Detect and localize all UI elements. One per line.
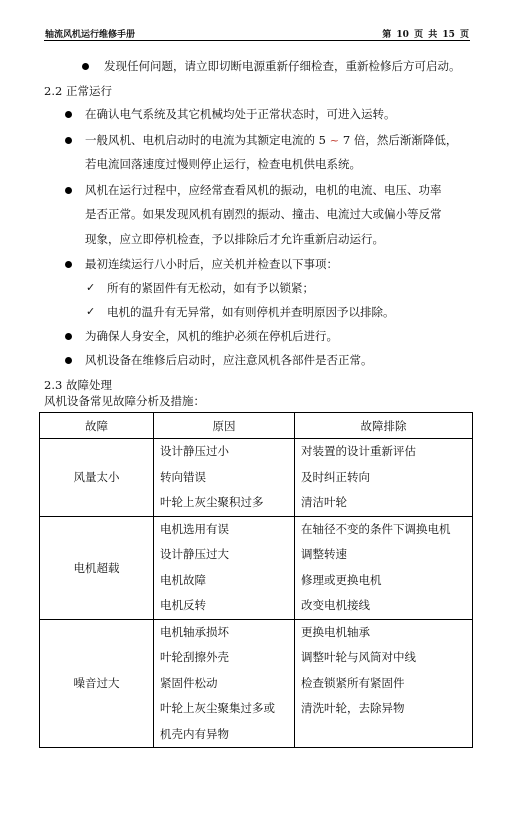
column-header-fault: 故障	[40, 413, 154, 439]
cause-item: 电机反转	[160, 593, 294, 619]
fix-item: 调整叶轮与风筒对中线	[301, 645, 472, 671]
bullet-text-part: 7 倍，然后渐渐降低，	[339, 133, 457, 147]
fix-item: 修理或更换电机	[301, 568, 472, 594]
tilde-mark: ~	[330, 133, 340, 147]
cause-item: 设计静压过大	[160, 542, 294, 568]
bullet-icon	[65, 357, 72, 364]
cause-item: 转向错误	[160, 465, 294, 491]
fault-cell: 风量太小	[40, 439, 154, 517]
fix-item: 及时纠正转向	[301, 465, 472, 491]
fix-item: 对装置的设计重新评估	[301, 439, 472, 465]
cause-cell: 设计静压过小 转向错误 叶轮上灰尘聚积过多	[154, 439, 295, 517]
table-row: 噪音过大 电机轴承损坏 叶轮刮擦外壳 紧固件松动 叶轮上灰尘聚集过多或 机壳内有…	[40, 619, 473, 748]
cause-item: 叶轮上灰尘聚集过多或	[160, 696, 294, 722]
bullet-icon	[82, 63, 89, 70]
bullet-text: 在确认电气系统及其它机械均处于正常状态时，可进入运转。	[85, 107, 396, 121]
cause-item: 电机选用有误	[160, 517, 294, 543]
cause-item: 机壳内有异物	[160, 722, 294, 748]
bullet-icon	[65, 333, 72, 340]
cause-cell: 电机选用有误 设计静压过大 电机故障 电机反转	[154, 516, 295, 619]
table-row: 电机超载 电机选用有误 设计静压过大 电机故障 电机反转 在轴径不变的条件下调换…	[40, 516, 473, 619]
fix-item: 清洗叶轮，去除异物	[301, 696, 472, 722]
table-row: 风量太小 设计静压过小 转向错误 叶轮上灰尘聚积过多 对装置的设计重新评估 及时…	[40, 439, 473, 517]
bullet-text-continued: 现象，应立即停机检查，予以排除后才允许重新启动运行。	[85, 232, 384, 246]
checkmark-icon: ✓	[86, 305, 95, 319]
fix-cell: 在轴径不变的条件下调换电机 调整转速 修理或更换电机 改变电机接线	[295, 516, 473, 619]
table-header-row: 故障 原因 故障排除	[40, 413, 473, 439]
fix-item: 调整转速	[301, 542, 472, 568]
cause-item: 叶轮上灰尘聚积过多	[160, 490, 294, 516]
fix-cell: 更换电机轴承 调整叶轮与风筒对中线 检查锁紧所有紧固件 清洗叶轮，去除异物	[295, 619, 473, 748]
cause-item: 设计静压过小	[160, 439, 294, 465]
bullet-text-continued: 是否正常。如果发现风机有剧烈的振动、撞击、电流过大或偏小等反常	[85, 207, 442, 221]
cause-item: 电机故障	[160, 568, 294, 594]
bullet-text: 最初连续运行八小时后，应关机并检查以下事项：	[85, 257, 338, 271]
bullet-text-continued: 若电流回落速度过慢则停止运行，检查电机供电系统。	[85, 157, 361, 171]
intro-bullet-text: 发现任何问题，请立即切断电源重新仔细检查，重新检修后方可启动。	[104, 59, 461, 73]
column-header-fix: 故障排除	[295, 413, 473, 439]
fix-item: 更换电机轴承	[301, 620, 472, 646]
fix-item	[301, 722, 472, 748]
bullet-text: 风机设备在维修后启动时，应注意风机各部件是否正常。	[85, 353, 373, 367]
table-caption: 风机设备常见故障分析及措施：	[44, 394, 205, 408]
fix-item: 检查锁紧所有紧固件	[301, 671, 472, 697]
fault-table: 故障 原因 故障排除 风量太小 设计静压过小 转向错误 叶轮上灰尘聚积过多 对装…	[39, 412, 473, 748]
page-header: 轴流风机运行维修手册 第 10 页 共 15 页	[44, 26, 470, 41]
fix-item: 改变电机接线	[301, 593, 472, 619]
cause-cell: 电机轴承损坏 叶轮刮擦外壳 紧固件松动 叶轮上灰尘聚集过多或 机壳内有异物	[154, 619, 295, 748]
bullet-icon	[65, 111, 72, 118]
checkmark-icon: ✓	[86, 281, 95, 295]
cause-item: 叶轮刮擦外壳	[160, 645, 294, 671]
page-number: 第 10 页 共 15 页	[382, 27, 469, 40]
bullet-text-part: 一般风机、电机启动时的电流为其额定电流的 5	[85, 133, 330, 147]
fix-item: 清洁叶轮	[301, 490, 472, 516]
bullet-icon	[65, 261, 72, 268]
column-header-cause: 原因	[154, 413, 295, 439]
bullet-text: 为确保人身安全，风机的维护必须在停机后进行。	[85, 329, 338, 343]
bullet-text: 风机在运行过程中，应经常查看风机的振动，电机的电流、电压、功率	[85, 183, 442, 197]
fix-item: 在轴径不变的条件下调换电机	[301, 517, 472, 543]
bullet-icon	[65, 187, 72, 194]
fault-cell: 电机超载	[40, 516, 154, 619]
document-title: 轴流风机运行维修手册	[45, 27, 135, 40]
section-heading-2-2: 2.2 正常运行	[44, 84, 112, 98]
cause-item: 电机轴承损坏	[160, 620, 294, 646]
check-item-text: 电机的温升有无异常，如有则停机并查明原因予以排除。	[107, 305, 395, 319]
fault-cell: 噪音过大	[40, 619, 154, 748]
section-heading-2-3: 2.3 故障处理	[44, 378, 112, 392]
fix-cell: 对装置的设计重新评估 及时纠正转向 清洁叶轮	[295, 439, 473, 517]
cause-item: 紧固件松动	[160, 671, 294, 697]
check-item-text: 所有的紧固件有无松动，如有予以锁紧；	[107, 281, 314, 295]
bullet-icon	[65, 137, 72, 144]
bullet-text: 一般风机、电机启动时的电流为其额定电流的 5 ~ 7 倍，然后渐渐降低，	[85, 133, 457, 147]
